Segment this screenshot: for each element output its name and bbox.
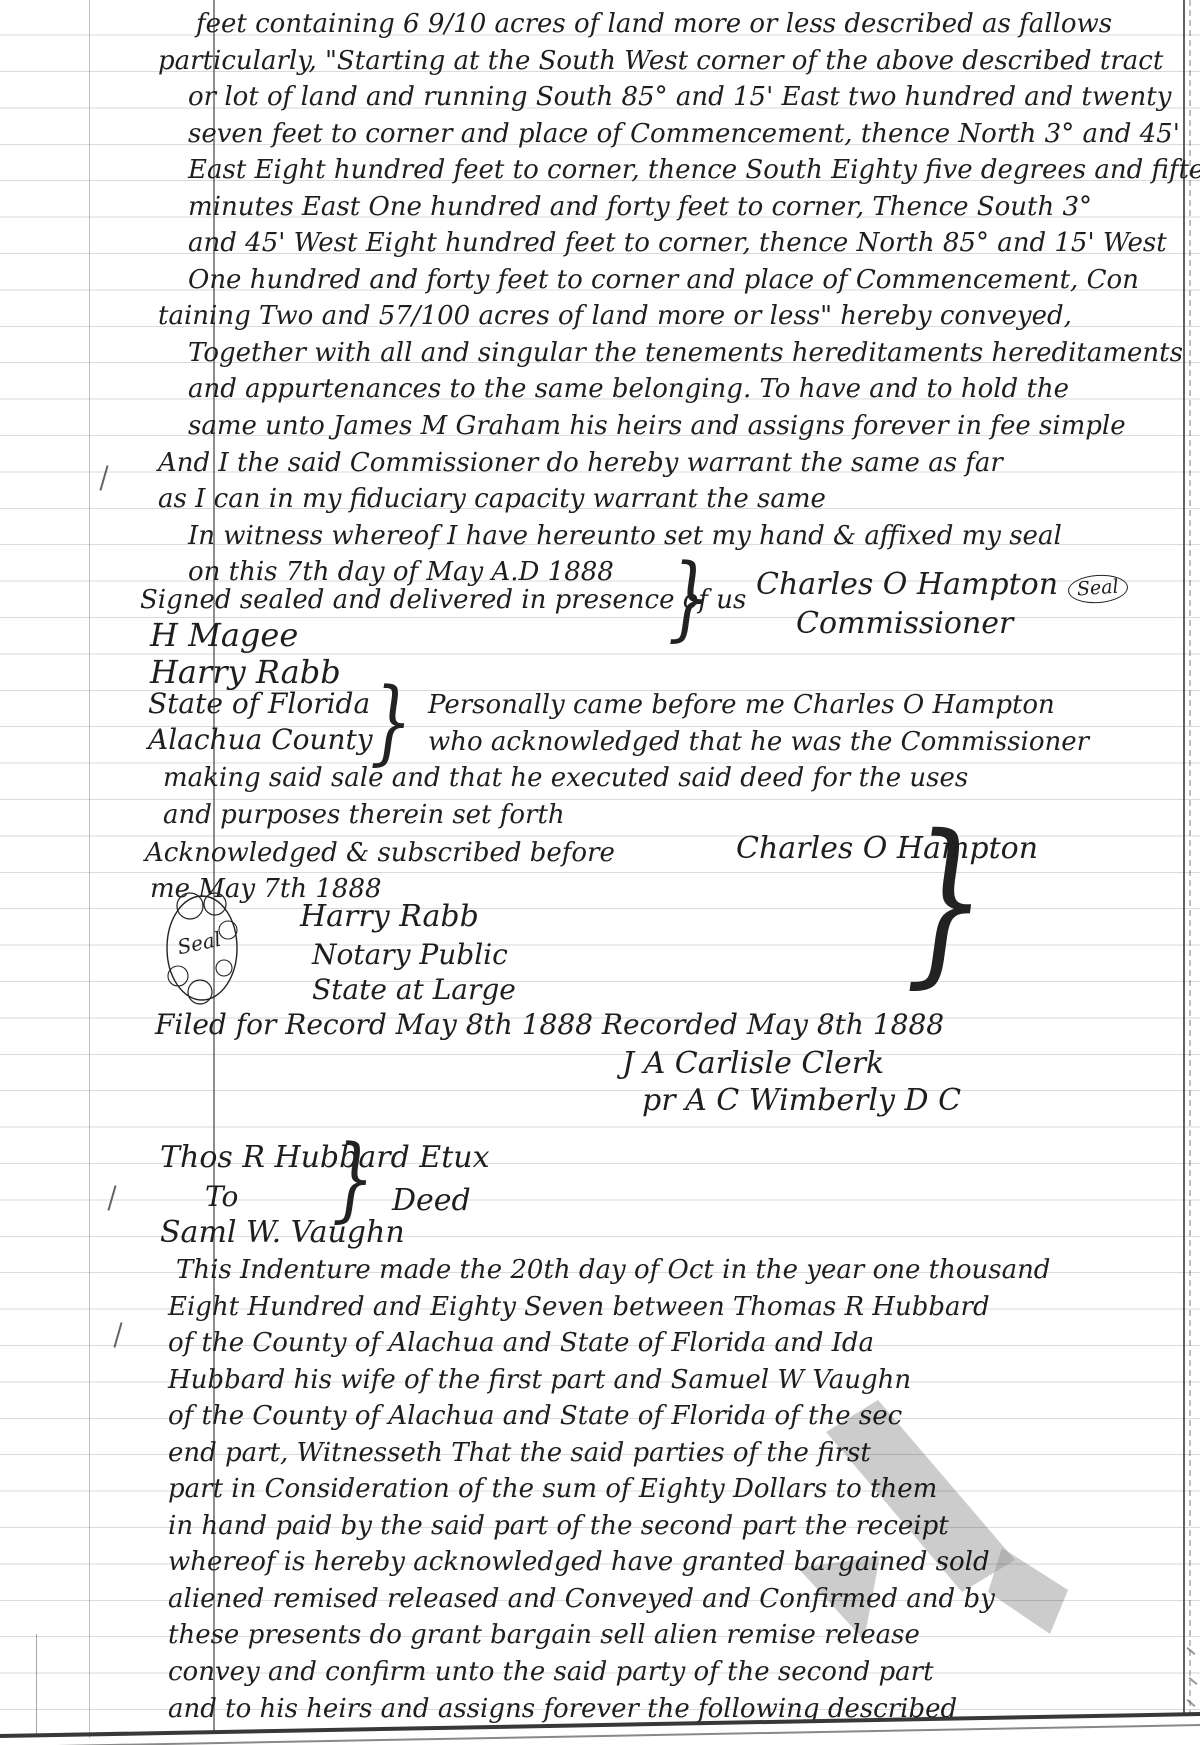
notary-name: Harry Rabb	[300, 899, 479, 934]
deed1-line: One hundred and forty feet to corner and…	[188, 262, 1192, 299]
deed1-line: taining Two and 57/100 acres of land mor…	[158, 298, 1192, 335]
deed2-line: in hand paid by the said part of the sec…	[168, 1508, 1192, 1545]
deed2-body: This Indenture made the 20th day of Oct …	[168, 1252, 1192, 1727]
deed2-party2: Saml W. Vaughn	[160, 1215, 405, 1250]
deed2-party1: Thos R Hubbard Etux	[160, 1140, 490, 1175]
deed2-line: convey and confirm unto the said party o…	[168, 1654, 1192, 1691]
deed2-line: Hubbard his wife of the first part and S…	[168, 1362, 1192, 1399]
deed2-instrument-label: Deed	[392, 1183, 471, 1218]
ack-subscribed-line-1: Acknowledged & subscribed before	[145, 838, 615, 868]
deed1-line: And I the said Commissioner do hereby wa…	[158, 445, 1192, 482]
deed2-line: whereof is hereby acknowledged have gran…	[168, 1544, 1192, 1581]
deed2-line: aliened remised released and Conveyed an…	[168, 1581, 1192, 1618]
brace-caption: }	[332, 1133, 374, 1225]
deed1-line: same unto James M Graham his heirs and a…	[188, 408, 1192, 445]
deputy-clerk-signature: pr A C Wimberly D C	[642, 1083, 961, 1118]
deed2-line: of the County of Alachua and State of Fl…	[168, 1398, 1192, 1435]
witness-name-2: Harry Rabb	[150, 653, 341, 691]
venue-state: State of Florida	[148, 687, 370, 720]
brace-witness: }	[668, 552, 710, 644]
deed2-to: To	[205, 1180, 238, 1213]
deed1-line: and appurtenances to the same belonging.…	[188, 371, 1192, 408]
scanned-deed-page: feet containing 6 9/10 acres of land mor…	[0, 0, 1200, 1745]
commissioner-title: Commissioner	[796, 606, 1013, 641]
ack-line-4: and purposes therein set forth	[163, 800, 565, 830]
ack-line-1: Personally came before me Charles O Hamp…	[428, 690, 1055, 720]
notary-scope: State at Large	[312, 973, 516, 1006]
deed1-line: minutes East One hundred and forty feet …	[188, 189, 1192, 226]
deed1-line: particularly, "Starting at the South Wes…	[158, 43, 1192, 80]
deed1-line: feet containing 6 9/10 acres of land mor…	[196, 6, 1192, 43]
deed2-line: these presents do grant bargain sell ali…	[168, 1617, 1192, 1654]
deed2-line: of the County of Alachua and State of Fl…	[168, 1325, 1192, 1362]
notary-seal-icon: Seal	[160, 890, 246, 1006]
deed1-line: East Eight hundred feet to corner, thenc…	[188, 152, 1192, 189]
filing-line: Filed for Record May 8th 1888 Recorded M…	[155, 1008, 944, 1041]
deed1-line: as I can in my fiduciary capacity warran…	[158, 481, 1192, 518]
ack-line-2: who acknowledged that he was the Commiss…	[428, 727, 1089, 757]
handwritten-content: feet containing 6 9/10 acres of land mor…	[0, 0, 1200, 1745]
deed2-line: part in Consideration of the sum of Eigh…	[168, 1471, 1192, 1508]
commissioner-signature: Charles O HamptonSeal	[756, 567, 1128, 603]
deed1-line: or lot of land and running South 85° and…	[188, 79, 1192, 116]
commissioner-signature-name: Charles O Hampton	[756, 567, 1058, 602]
deed1-line: seven feet to corner and place of Commen…	[188, 116, 1192, 153]
deed2-line: This Indenture made the 20th day of Oct …	[176, 1252, 1192, 1289]
clerk-signature: J A Carlisle Clerk	[622, 1046, 884, 1081]
ack-line-3: making said sale and that he executed sa…	[163, 763, 968, 793]
notary-title: Notary Public	[312, 938, 508, 971]
svg-text:Seal: Seal	[175, 927, 223, 960]
deed2-line: end part, Witnesseth That the said parti…	[168, 1435, 1192, 1472]
witness-attestation-line: Signed sealed and delivered in presence …	[140, 585, 746, 615]
brace-venue: }	[370, 676, 412, 768]
deed1-line: Together with all and singular the tenem…	[188, 335, 1192, 372]
deed1-line: and 45' West Eight hundred feet to corne…	[188, 225, 1192, 262]
deed1-body: feet containing 6 9/10 acres of land mor…	[188, 6, 1192, 591]
deed2-line: Eight Hundred and Eighty Seven between T…	[168, 1289, 1192, 1326]
acknowledgment-signature: Charles O Hampton	[736, 831, 1038, 866]
witness-name-1: H Magee	[150, 616, 298, 654]
seal-scroll: Seal	[1067, 573, 1128, 605]
venue-county: Alachua County	[148, 723, 373, 756]
